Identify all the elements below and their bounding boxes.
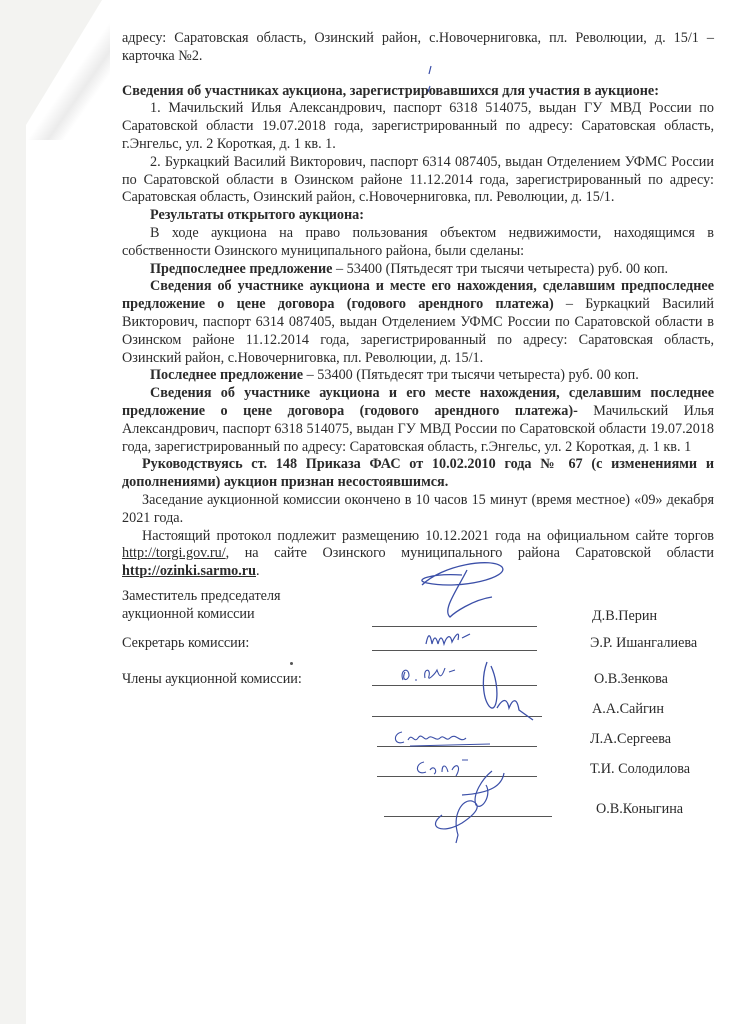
signature-line: [372, 650, 537, 651]
ozinki-link[interactable]: http://ozinki.sarmo.ru: [122, 563, 256, 579]
signature-scribble-icon: [402, 555, 512, 625]
signature-scribble-icon: [477, 658, 547, 728]
penultimate-participant-info: Сведения об участнике аукциона и месте е…: [122, 278, 714, 367]
secretary-role: Секретарь комиссии:: [122, 635, 249, 653]
ink-dot: [290, 662, 293, 665]
member-name: А.А.Сайгин: [592, 701, 664, 718]
address-continuation: адресу: Саратовская область, Озинский ра…: [122, 30, 714, 66]
penultimate-offer: Предпоследнее предложение – 53400 (Пятьд…: [122, 261, 714, 279]
participant-item: 2. Буркацкий Василий Викторович, паспорт…: [122, 154, 714, 207]
signature-line: [372, 626, 537, 627]
member-name: Л.А.Сергеева: [590, 731, 671, 748]
folded-page-corner: [0, 0, 105, 1024]
member-name: О.В.Зенкова: [594, 671, 668, 688]
last-offer: Последнее предложение – 53400 (Пятьдесят…: [122, 367, 714, 385]
fold-shadow: [0, 0, 110, 140]
participants-heading: Сведения об участниках аукциона, зарегис…: [122, 83, 714, 101]
torgi-link[interactable]: http://torgi.gov.ru/: [122, 545, 226, 561]
member-name: О.В.Коныгина: [596, 801, 683, 818]
auction-conclusion: Руководствуясь ст. 148 Приказа ФАС от 10…: [122, 456, 714, 492]
deputy-chair-name: Д.В.Перин: [592, 608, 657, 625]
last-participant-info: Сведения об участнике аукциона и его мес…: [122, 385, 714, 456]
signature-scribble-icon: [422, 765, 512, 845]
participant-item: 1. Мачильский Илья Александрович, паспор…: [122, 100, 714, 153]
results-heading: Результаты открытого аукциона:: [122, 207, 714, 225]
signature-scribble-icon: [397, 662, 467, 686]
signature-scribble-icon: [390, 726, 500, 750]
member-name: Т.И. Солодилова: [590, 761, 690, 778]
meeting-end: Заседание аукционной комиссии окончено в…: [122, 492, 714, 528]
document-body: адресу: Саратовская область, Озинский ра…: [122, 30, 714, 581]
deputy-chair-role: Заместитель председателя аукционной коми…: [122, 588, 281, 624]
results-intro: В ходе аукциона на право пользования объ…: [122, 225, 714, 261]
pen-mark-icon: [425, 64, 435, 94]
members-role: Члены аукционной комиссии:: [122, 671, 302, 689]
secretary-name: Э.Р. Ишангалиева: [590, 635, 697, 652]
signature-scribble-icon: [422, 628, 482, 650]
